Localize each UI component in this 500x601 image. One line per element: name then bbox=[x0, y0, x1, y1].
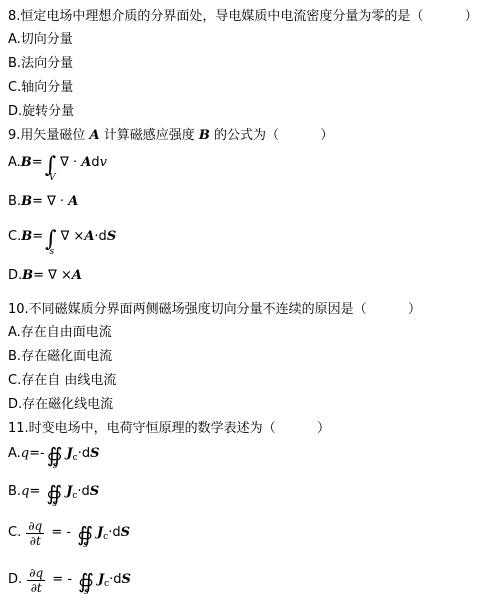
option-text: 存在磁化面电流 bbox=[21, 349, 112, 364]
question-8-option-c: C.轴向分量 bbox=[8, 76, 492, 100]
question-11-option-c: C. ∂q∂t = - ∯sJc·dS bbox=[8, 518, 492, 552]
option-label: B. bbox=[8, 349, 21, 364]
question-10-option-c: C.存在自 由线电流 bbox=[8, 369, 492, 393]
option-text: 旋转分量 bbox=[22, 104, 74, 119]
question-11-option-d: D. ∂q∂t = - ∯sJc·dS bbox=[8, 565, 492, 599]
question-9-option-c: C.B=∫s∇ ×A·dS bbox=[8, 224, 492, 251]
formula: q=-∯sJc·dS bbox=[21, 446, 100, 461]
question-10-option-a: A.存在自由面电流 bbox=[8, 321, 492, 345]
option-label: A. bbox=[8, 446, 21, 461]
question-11-option-a: A.q=-∯sJc·dS bbox=[8, 442, 492, 470]
formula: B= ∇ · A bbox=[21, 194, 78, 209]
formula: B=∫V∇ · Adv bbox=[21, 155, 107, 170]
option-label: A. bbox=[8, 325, 21, 340]
formula: B= ∇ ×A bbox=[22, 268, 82, 283]
question-9-option-a: A.B=∫V∇ · Adv bbox=[8, 150, 492, 177]
question-8-option-b: B.法向分量 bbox=[8, 52, 492, 76]
option-label: C. bbox=[8, 525, 25, 540]
question-10-option-b: B.存在磁化面电流 bbox=[8, 345, 492, 369]
option-text: 轴向分量 bbox=[21, 80, 73, 95]
question-10-option-d: D.存在磁化线电流 bbox=[8, 393, 492, 417]
option-text: 切向分量 bbox=[21, 32, 73, 47]
question-8-option-a: A.切向分量 bbox=[8, 28, 492, 52]
option-label: D. bbox=[8, 104, 22, 119]
option-label: B. bbox=[8, 484, 21, 499]
option-label: D. bbox=[8, 268, 22, 283]
formula: ∂q∂t = - ∯sJc·dS bbox=[25, 525, 130, 540]
option-label: C. bbox=[8, 373, 21, 388]
question-10: 10.不同磁媒质分界面两侧磁场强度切向分量不连续的原因是（ ） A.存在自由面电… bbox=[8, 298, 492, 417]
option-label: C. bbox=[8, 80, 21, 95]
option-label: C. bbox=[8, 229, 21, 244]
question-11: 11.时变电场中，电荷守恒原理的数学表述为（ ） A.q=-∯sJc·dS B.… bbox=[8, 417, 492, 599]
exam-document: 8.恒定电场中理想介质的分界面处，导电媒质中电流密度分量为零的是（ ） A.切向… bbox=[0, 0, 500, 599]
formula: ∂q∂t = - ∯sJc·dS bbox=[26, 572, 131, 587]
question-9: 9.用矢量磁位 A 计算磁感应强度 B 的公式为（ ） A.B=∫V∇ · Ad… bbox=[8, 124, 492, 288]
option-text: 存在自由面电流 bbox=[21, 325, 112, 340]
question-9-option-b: B.B= ∇ · A bbox=[8, 190, 492, 214]
option-label: D. bbox=[8, 397, 22, 412]
question-10-stem: 10.不同磁媒质分界面两侧磁场强度切向分量不连续的原因是（ ） bbox=[8, 298, 492, 321]
question-9-stem: 9.用矢量磁位 A 计算磁感应强度 B 的公式为（ ） bbox=[8, 124, 492, 147]
option-label: D. bbox=[8, 572, 26, 587]
formula: q= ∯sJc·dS bbox=[21, 484, 99, 499]
question-8-stem: 8.恒定电场中理想介质的分界面处，导电媒质中电流密度分量为零的是（ ） bbox=[8, 5, 492, 28]
option-label: B. bbox=[8, 194, 21, 209]
option-text: 存在磁化线电流 bbox=[22, 397, 113, 412]
formula: B=∫s∇ ×A·dS bbox=[21, 229, 116, 244]
question-9-option-d: D.B= ∇ ×A bbox=[8, 264, 492, 288]
option-label: A. bbox=[8, 155, 21, 170]
question-11-option-b: B.q= ∯sJc·dS bbox=[8, 480, 492, 508]
option-label: B. bbox=[8, 56, 21, 71]
question-8-option-d: D.旋转分量 bbox=[8, 100, 492, 124]
question-11-stem: 11.时变电场中，电荷守恒原理的数学表述为（ ） bbox=[8, 417, 492, 440]
question-8: 8.恒定电场中理想介质的分界面处，导电媒质中电流密度分量为零的是（ ） A.切向… bbox=[8, 5, 492, 124]
option-label: A. bbox=[8, 32, 21, 47]
option-text: 法向分量 bbox=[21, 56, 73, 71]
option-text: 存在自 由线电流 bbox=[21, 373, 116, 388]
